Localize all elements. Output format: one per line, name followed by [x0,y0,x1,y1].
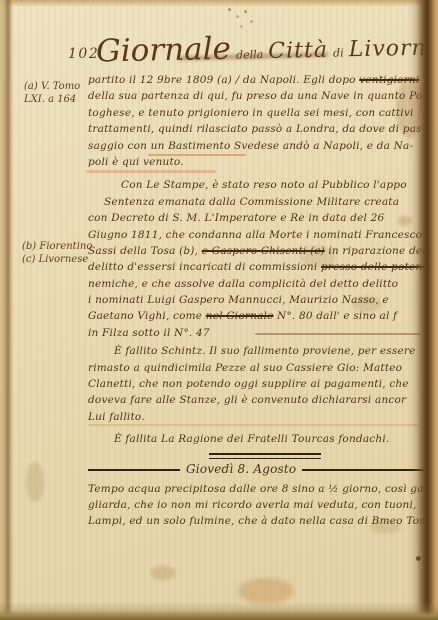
ink-stain [416,556,421,561]
text-line: rimasto a quindicimila Pezze al suo Cass… [88,360,426,376]
page-edge-left [0,0,13,620]
paragraph-1: partito il 12 9bre 1809 (a) / da Napoli.… [88,72,426,170]
text-line: della sua partenza di qui, fu preso da u… [88,88,426,104]
paragraph-2: Con Le Stampe, è stato reso noto al Pubb… [88,177,426,341]
paragraph-3: È fallito Schintz. Il suo fallimento pro… [88,343,426,425]
text-line: con Decreto di S. M. L'Imperatore e Re i… [88,210,426,226]
text-segment: Sassi della Tosa (b), [88,245,202,257]
text-line: nemiche, e che assolve dalla complicità … [88,276,426,292]
text-line: Sentenza emanata dalla Commissione Milit… [88,194,426,210]
text-segment: N°. 80 dall' e sino al f [274,310,398,322]
margin-note-bc: (b) Fiorentino (c) Livornese [22,240,92,266]
page-edge-bottom [0,602,438,620]
text-segment: delitto d'essersi incaricati di commissi… [88,261,321,273]
manuscript-page: 102 Giornale della Città di Livorno (a) … [0,0,438,620]
section-heading: Giovedì 8. Agosto [186,461,296,477]
body-text: partito il 12 9bre 1809 (a) / da Napoli.… [88,72,426,530]
underline-mark [86,170,216,173]
ink-stain [150,566,176,580]
margin-note-line: (b) Fiorentino [22,240,92,253]
text-line: Lampi, ed un solo fulmine, che à dato ne… [88,513,426,529]
margin-note-line: LXI. a 164 [24,93,80,106]
text-segment: in riparazione del [325,245,426,257]
text-line: poli è qui venuto. [88,154,426,170]
ink-stain [238,578,294,604]
text-line: È fallito Schintz. Il suo fallimento pro… [88,343,426,359]
text-line: È fallita La Ragione dei Fratelli Tourca… [88,431,426,447]
ink-stain [228,8,231,11]
section-heading-row: Giovedì 8. Agosto [88,462,426,478]
text-line: Tempo acqua precipitosa dalle ore 8 sino… [88,481,426,497]
margin-note-a: (a) V. Tomo LXI. a 164 [24,80,80,106]
margin-note-line: (c) Livornese [22,253,92,266]
text-line: Clanetti, che non potendo oggi supplire … [88,376,426,392]
text-line: Sassi della Tosa (b), e Gaspero Chisenti… [88,243,426,259]
text-line: partito il 12 9bre 1809 (a) / da Napoli.… [88,72,426,88]
strikethrough-text: nel Giornale [206,310,274,322]
text-line: Lui fallito. [88,409,426,425]
text-line: i nominati Luigi Gaspero Mannucci, Mauri… [88,292,426,308]
text-line: saggio con un Bastimento Svedese andò a … [88,138,426,154]
paragraph-4: È fallita La Ragione dei Fratelli Tourca… [88,431,426,447]
title-word: di [333,46,344,59]
page-number: 102 [68,46,99,62]
journal-title: Giornale della Città di Livorno [96,26,437,69]
text-line: gliarda, che io non mi ricordo averla ma… [88,497,426,513]
ink-stain [26,462,44,502]
heading-rule-left [88,469,180,471]
underline-mark [88,424,418,426]
paragraph-5: Tempo acqua precipitosa dalle ore 8 sino… [88,481,426,530]
page-edge-top [0,0,438,7]
text-line: Gaetano Vighi, come nel Giornale N°. 80 … [88,308,426,324]
text-line: doveva fare alle Stanze, gli è convenuto… [88,392,426,408]
title-word: Livorno [348,35,438,62]
text-line: toghese, e tenuto prigioniero in quella … [88,105,426,121]
title-word: Città [268,38,328,64]
title-word: Giornale [96,31,232,70]
text-segment: partito il 12 9bre 1809 (a) / da Napoli.… [88,74,359,86]
margin-note-line: (a) V. Tomo [24,80,80,93]
text-line: Con Le Stampe, è stato reso noto al Pubb… [88,177,426,193]
strikethrough-text: ventigiorni [359,74,419,86]
text-line: trattamenti, quindi rilasciato passò a L… [88,121,426,137]
section-divider-double-rule [209,453,321,459]
text-segment: Gaetano Vighi, come [88,310,206,322]
text-line: Giugno 1811, che condanna alla Morte i n… [88,227,426,243]
underline-mark [255,333,420,335]
underline-mark [148,154,246,156]
strikethrough-text: e Gaspero Chisenti (c) [202,245,325,257]
text-line: delitto d'essersi incaricati di commissi… [88,259,426,275]
strikethrough-text: presso delle potenze. [321,261,438,273]
heading-rule-right [302,469,426,471]
